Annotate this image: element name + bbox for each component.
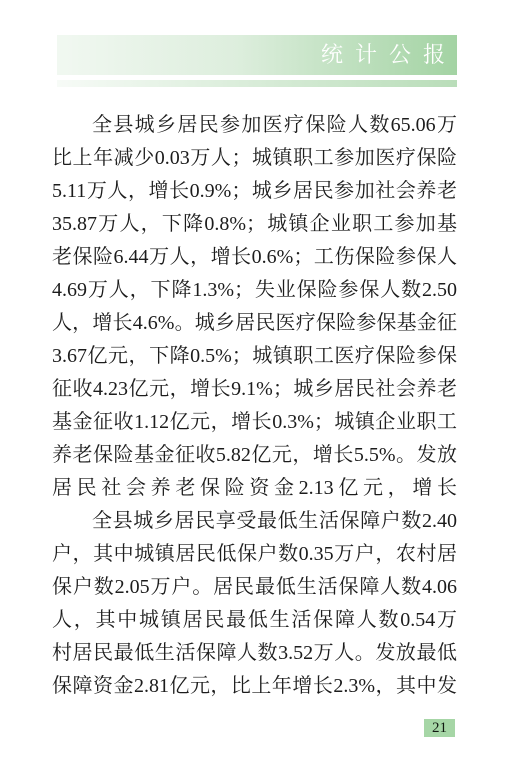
page-number-badge: 21 bbox=[424, 719, 455, 737]
text-line: 养老保险基金征收5.82亿元，增长5.5%。发放城乡 bbox=[52, 439, 457, 472]
text-line: 全县城乡居民参加医疗保险人数65.06万人， bbox=[52, 109, 457, 142]
text-line: 保障资金2.81亿元，比上年增长2.3%，其中发放城 bbox=[52, 670, 457, 703]
text-line: 全县城乡居民享受最低生活保障户数2.40万 bbox=[52, 505, 457, 538]
text-line: 居民社会养老保险资金2.13亿元，增长13.5%。 bbox=[52, 472, 457, 505]
page-number: 21 bbox=[432, 720, 447, 737]
text-line: 3.67亿元，下降0.5%；城镇职工医疗保险参保基金 bbox=[52, 340, 457, 373]
page-header-title: 统计公报 bbox=[321, 44, 457, 66]
header-divider bbox=[57, 80, 457, 87]
text-line: 比上年减少0.03万人；城镇职工参加医疗保险 bbox=[52, 142, 457, 175]
text-line: 保户数2.05万户。居民最低生活保障人数4.06万 bbox=[52, 571, 457, 604]
header-banner: 统计公报 bbox=[57, 35, 457, 75]
text-line: 老保险6.44万人，增长0.6%；工伤保险参保人数 bbox=[52, 241, 457, 274]
text-line: 35.87万人，下降0.8%；城镇企业职工参加基本养 bbox=[52, 208, 457, 241]
text-line: 5.11万人，增长0.9%；城乡居民参加社会养老保险 bbox=[52, 175, 457, 208]
text-line: 征收4.23亿元，增长9.1%；城乡居民社会养老保险 bbox=[52, 373, 457, 406]
text-line: 人，增长4.6%。城乡居民医疗保险参保基金征收 bbox=[52, 307, 457, 340]
text-line: 4.69万人，下降1.3%；失业保险参保人数2.50万 bbox=[52, 274, 457, 307]
body-text: 全县城乡居民参加医疗保险人数65.06万人， 比上年减少0.03万人；城镇职工参… bbox=[52, 109, 457, 703]
paragraph-welfare: 全县城乡居民享受最低生活保障户数2.40万 户，其中城镇居民低保户数0.35万户… bbox=[52, 505, 457, 703]
text-line: 人，其中城镇居民最低生活保障人数0.54万人，农 bbox=[52, 604, 457, 637]
paragraph-insurance: 全县城乡居民参加医疗保险人数65.06万人， 比上年减少0.03万人；城镇职工参… bbox=[52, 109, 457, 505]
text-line: 基金征收1.12亿元，增长0.3%；城镇企业职工基本 bbox=[52, 406, 457, 439]
text-line: 户，其中城镇居民低保户数0.35万户，农村居民低 bbox=[52, 538, 457, 571]
text-line: 村居民最低生活保障人数3.52万人。发放最低生活 bbox=[52, 637, 457, 670]
